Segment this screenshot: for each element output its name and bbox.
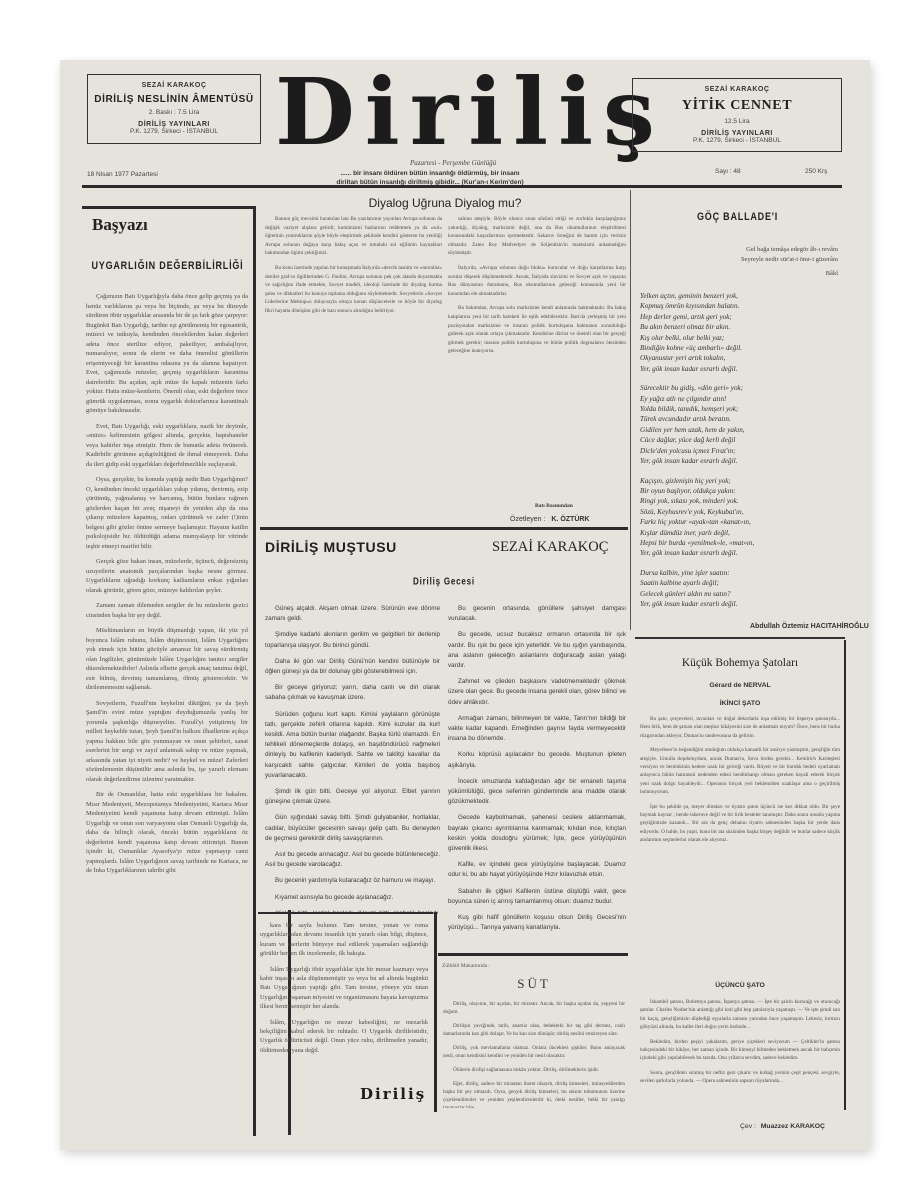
sut-paragraph: Diriliş, olayının, bir açıdan, bir miras…	[443, 1000, 625, 1016]
masthead-rule	[82, 185, 842, 188]
bohemia-paragraph: Sonra, gençlikten sıramış bir neftiz gez…	[640, 1069, 840, 1086]
mustusu-paragraph: Güneş alçaldı. Akşam olmak üzere. Sürünü…	[265, 604, 440, 624]
poem-stanza: Yelken açtın, geminin benzeri yok,Kopmuş…	[640, 291, 840, 374]
dialog-paragraph: Bu bakımdan, Avrupa solu marksizme kendi…	[448, 304, 626, 356]
poem-line: Gelecek günleri aldın mı satın?	[640, 589, 840, 599]
dialog-headline: Diyalog Uğruna Diyalog mu?	[260, 196, 630, 210]
ad-left-edition: 2. Baskı : 7.5 Lira	[88, 109, 260, 116]
poem-line: Cüce dağlar, yüce dağ kerli değil	[640, 435, 840, 445]
mustusu-body-left: Güneş alçaldı. Akşam olmak üzere. Sürünü…	[265, 604, 440, 914]
ad-right-price: 12.5 Lira	[633, 118, 841, 125]
ad-right-publisher: DİRİLİŞ YAYINLARI	[633, 130, 841, 137]
ad-right-author: SEZAİ KARAKOÇ	[633, 86, 841, 93]
sut-body: Diriliş, olayının, bir açıdan, bir miras…	[443, 1000, 625, 1108]
poem-line: Yelken açtın, geminin benzeri yok,	[640, 291, 840, 301]
motto-line-1: ...... bir insanı öldüren bütün insanlığ…	[280, 169, 580, 178]
poem-stanza: Dursa kalbin, yine işler saatın:Saatin k…	[640, 568, 840, 610]
mustusu-body-right: Bu gecenin ortasında, gönüllere şahsiyet…	[448, 604, 626, 934]
dialog-body-right: salının ateşiyle. Böyle olunca onun sözü…	[448, 215, 626, 500]
sut-top-rule	[438, 953, 628, 956]
poem-line: Yolda bildik, tanıdık, hemşeri yok;	[640, 404, 840, 414]
mustusu-paragraph: Kafile, ev içindeki gece yürüyüşüne başl…	[448, 860, 626, 880]
editorial-body: Çağımızın Batı Uygarlığıyla daha önce ge…	[86, 292, 248, 1130]
bohemia-paragraph: Meyerbeer'in beğendiğini umduğum oldukça…	[640, 746, 840, 796]
bohemia-paragraph: İşte bu şekilde şu, meyer dimdarı ve tiy…	[640, 803, 840, 845]
bohemia-section-2: ÜÇÜNCÜ ŞATO	[635, 982, 845, 989]
mustusu-paragraph: Kuş gibi hafif gönüllerin koşusu olsun D…	[448, 913, 626, 933]
poem-stanza: Sürecektir bu gidiş, «dön geri» yok;Ey y…	[640, 383, 840, 466]
poem-line: Hep derler gemi, artık geri yok;	[640, 312, 840, 322]
editorial-continued-paragraph: İslâm Uygarlığı öbür uygarlıklar için bi…	[260, 965, 428, 1012]
sut-paragraph: Ölülerin dirilişi sağlamasına imkân yokt…	[443, 1066, 625, 1074]
mustusu-author: SEZAİ KARAKOÇ	[492, 539, 608, 556]
poem-line: Saatin kalbine ayarlı değil;	[640, 578, 840, 588]
poem-body: Yelken açtın, geminin benzeri yok,Kopmuş…	[640, 291, 840, 618]
poem-line: Kaçışın, gizlenişin hiç yeri yok;	[640, 476, 840, 486]
mustusu-paragraph: Bu gecenin ortasında, gönüllere şahsiyet…	[448, 604, 626, 624]
bohemia-section-2-body: İskambil şatosu, Bohemya şatosu, İspanya…	[640, 998, 840, 1116]
sut-paragraph: Diriliş, yok mevlamafama olamaz. Onlara …	[443, 1044, 625, 1060]
mustusu-paragraph: Gecede kaybolmamak, şahenesi ceslere ald…	[448, 813, 626, 854]
editorial-paragraph: Gerçek göze bakan insan, müzelerde, üçün…	[86, 557, 248, 595]
mustusu-paragraph: Korku köprüsü aşılacaktır bu gecede. Muş…	[448, 750, 626, 770]
column-rule	[630, 190, 631, 630]
diriliş-signature-logo: Diriliş	[360, 1085, 426, 1103]
bohemia-translator: Çev : Muazzez KARAKOÇ	[740, 1123, 825, 1130]
mustusu-paragraph: Şimdi ilk gün bitti. Geceye yol alıyoruz…	[265, 787, 440, 807]
poem-author: Abdullah Öztemiz HACITAHİROĞLU	[750, 623, 869, 630]
poem-line: Ringi yok, sıkası yok, minderi yok.	[640, 496, 840, 506]
bohemia-paragraph: İskambil şatosu, Bohemya şatosu, İspanya…	[640, 998, 840, 1032]
poem-line: Yer, gök insan kadar esrarlı değil.	[640, 599, 840, 609]
poem-line: Kışlar dümdüz iner, yarlı değil,	[640, 528, 840, 538]
bohemia-author: Gérard de NERVAL	[635, 682, 845, 689]
sut-overline: Zülbâtil Makamında :	[442, 963, 490, 969]
poem-line: Sözü, Keyhusrev'e yok, Keykubat'ın,	[640, 507, 840, 517]
ad-right-address: P.K. 1279, Sirkeci - İSTANBUL	[633, 137, 841, 144]
mustusu-paragraph: Bu gecede, ucsuz bucaksız ormanın ortası…	[448, 630, 626, 671]
poem-line: Türek avcundadır artık beratın.	[640, 414, 840, 424]
masthead-subtitle: Pazartesi - Perşembe Günlüğü	[410, 159, 496, 167]
bohemia-paragraph: Bekledim, birden peşiyi yakalarım, geriy…	[640, 1038, 840, 1063]
editorial-paragraph: Çağımızın Batı Uygarlığıyla daha önce ge…	[86, 292, 248, 416]
mustusu-paragraph: Asıl bu gecede arınacağız. Asıl bu geced…	[265, 850, 440, 870]
dialog-paragraph: Bu konu üzerinde yapılan bir konuşmada İ…	[265, 264, 442, 316]
mustusu-paragraph: Şimdiye kadarki akınların gerilim ve gel…	[265, 630, 440, 650]
mustusu-paragraph: Armağan zamanı, bilinmeyen bir vakte, Ta…	[448, 714, 626, 745]
dialog-paragraph: İtalya'da, «Avrupa solunun doğu bloku» k…	[448, 264, 626, 298]
editorial-paragraph: Sovyetlerin, Fuzulî'nin heykelini diktiğ…	[86, 699, 248, 785]
mustusu-paragraph: Bir geceye giriyoruz; yarın, daha canlı …	[265, 683, 440, 703]
continued-right-rule	[434, 912, 437, 1112]
masthead: Diriliş	[275, 66, 635, 158]
editorial-paragraph: Bir de Osmanlılar, hatta eski uygarlıkla…	[86, 790, 248, 876]
editorial-paragraph: Oysa, gerçekte, bu konuda yaptığı nedir …	[86, 475, 248, 551]
editorial-continued-body: kara bir sayfa bulunur. Tam tersine, yun…	[260, 921, 428, 1081]
ad-box-left: SEZAİ KARAKOÇ DİRİLİŞ NESLİNİN ÂMENTÜSÜ …	[87, 74, 261, 144]
translator-label: Çev :	[740, 1123, 756, 1130]
poem-line: Kopmuş ömrün kıyısından halatın.	[640, 301, 840, 311]
mustusu-title: DİRİLİŞ MUŞTUSU	[265, 539, 397, 555]
summarized-name: K. ÖZTÜRK	[551, 516, 589, 523]
dialog-summarized: Özetleyen : K. ÖZTÜRK	[510, 516, 589, 523]
poem-line: Kış olur belki, olur belki yaz;	[640, 333, 840, 343]
bohemia-title: Küçük Bohemya Şatoları	[635, 657, 845, 669]
editorial-paragraph: Zamanı zaman dilemeden sergiler de bu mü…	[86, 601, 248, 620]
epigraph-line-1: Gel bağa temâşa edegör âb-ı revânı	[660, 245, 838, 255]
epigraph-author: Bâkî	[660, 269, 838, 279]
ad-left-title: DİRİLİŞ NESLİNİN ÂMENTÜSÜ	[88, 94, 260, 105]
dialog-body-left: Batının göç mevsimi burakılan hatı Bu ya…	[265, 215, 442, 533]
poem-line: Farkı hiç yoktur «ayak»tan «kanat»ın,	[640, 517, 840, 527]
mustusu-paragraph: Sürüden çoğunu kurt kaptı. Kimisi yaylal…	[265, 710, 440, 781]
poem-title: GÖÇ BALLADE'I	[635, 210, 840, 223]
editorial-headline: UYGARLIĞIN DEĞERBİLİRLİĞİ	[85, 259, 250, 272]
editorial-right-rule	[253, 206, 256, 1136]
bohemia-paragraph: Bu şato, çerçeveleri, tavanları ve doğal…	[640, 715, 840, 740]
poem-line: Bu akın benzeri olmaz bir akın.	[640, 322, 840, 332]
editorial-section-title: Başyazı	[92, 215, 148, 235]
poem-line: Dicle'den yolcusu içmez Fırat'ın;	[640, 446, 840, 456]
mustusu-subtitle: Diriliş Gecesi	[260, 576, 628, 587]
issue-price: 250 Krş	[805, 168, 827, 175]
bohemia-section-1-body: Bu şato, çerçeveleri, tavanları ve doğal…	[640, 715, 840, 965]
poem-stanza: Kaçışın, gizlenişin hiç yeri yok;Bir oyu…	[640, 476, 840, 559]
poem-line: Hepsi bir burda «yenilmek»le, «mat»ın,	[640, 538, 840, 548]
continued-top-rule	[258, 912, 433, 914]
ad-right-title: YİTİK CENNET	[633, 98, 841, 114]
editorial-continued-paragraph: kara bir sayfa bulunur. Tam tersine, yun…	[260, 921, 428, 959]
poem-line: Gidilen yer hem uzak, hem de yakın,	[640, 425, 840, 435]
mustusu-paragraph: Zahmet ve çileden başkasını vadetmemekte…	[448, 677, 626, 708]
summarized-label: Özetleyen :	[510, 516, 545, 523]
poem-line: Yer, gök insan kadar esrarlı değil.	[640, 456, 840, 466]
poem-epigraph: Gel bağa temâşa edegör âb-ı revânı Seyre…	[660, 245, 838, 279]
editorial-paragraph: Müslümanların en büyük düşmanlığı yapan,…	[86, 626, 248, 693]
sut-title: SÜT	[440, 976, 628, 992]
poem-line: Bindiğin kohne «üç ambarlı» değil.	[640, 343, 840, 353]
translator-name: Muazzez KARAKOÇ	[761, 1123, 825, 1130]
right-box-rule	[844, 640, 846, 1110]
ad-left-publisher: DİRİLİŞ YAYINLARI	[88, 121, 260, 128]
mustusu-top-rule	[260, 527, 628, 530]
poem-line: Dursa kalbin, yine işler saatın:	[640, 568, 840, 578]
issue-date: 18 Nisan 1977 Pazartesi	[87, 171, 158, 178]
editorial-top-rule	[82, 206, 254, 209]
epigraph-line-2: Seyreyle nedir sür'at-i ömr-i güzerânı	[660, 255, 838, 265]
mustusu-paragraph: Bu gecenin yardımıyla kutaracağız öz ham…	[265, 876, 440, 886]
issue-number: Sayı : 48	[715, 168, 741, 175]
dialog-paragraph: salının ateşiyle. Böyle olunca onun sözü…	[448, 215, 626, 258]
mustusu-paragraph: Kıyamet asrısıyla bu gecede aşılanacağız…	[265, 893, 440, 903]
mustusu-paragraph: Gün ışığındaki savaş bitti. Şimdi gulyab…	[265, 813, 440, 844]
ad-box-right: SEZAİ KARAKOÇ YİTİK CENNET 12.5 Lira DİR…	[632, 78, 842, 152]
sut-paragraph: Eğer, diriliş, sadece bir mirastan ibare…	[443, 1080, 625, 1108]
poem-line: Bir oyun başlıyor, oldukça yakın:	[640, 486, 840, 496]
poem-line: Yer, gök insan kadar esrarlı değil.	[640, 364, 840, 374]
sut-paragraph: Dirilişin yavrğinde, tarih, anamiz olan,…	[443, 1022, 625, 1038]
mustusu-paragraph: Daha iki gün var Diriliş Günü'nün kendin…	[265, 657, 440, 677]
poem-line: Yer, gök insan kadar esrarlı değil.	[640, 548, 840, 558]
masthead-title: Diriliş	[275, 66, 635, 158]
poem-line: Ey yağız atlı ne çılgındır atın!	[640, 394, 840, 404]
bohemia-section-1: İKİNCİ ŞATO	[635, 700, 845, 707]
poem-bottom-rule	[635, 637, 845, 639]
dialog-paragraph: Batının göç mevsimi burakılan hatı Bu ya…	[265, 215, 442, 258]
mustusu-paragraph: İncecik omuzlarda kafdağından ağır bir e…	[448, 777, 626, 808]
dialog-source: Batı Basınından	[535, 503, 573, 509]
editorial-continued-paragraph: İslâm, Uygarlığın ne mezar kabesliğini, …	[260, 1018, 428, 1056]
poem-line: Okyanustur yeri artık tokalın,	[640, 353, 840, 363]
mustusu-paragraph: Sabahın ilk çiğleri Kafilenin üstüne düş…	[448, 887, 626, 907]
newspaper-page: SEZAİ KARAKOÇ DİRİLİŞ NESLİNİN ÂMENTÜSÜ …	[60, 60, 870, 1150]
poem-line: Sürecektir bu gidiş, «dön geri» yok;	[640, 383, 840, 393]
ad-left-author: SEZAİ KARAKOÇ	[88, 82, 260, 89]
ad-left-address: P.K. 1279, Sirkeci - İSTANBUL	[88, 128, 260, 135]
editorial-paragraph: Evet, Batı Uygarlığı, eski uygarlıklara,…	[86, 422, 248, 470]
